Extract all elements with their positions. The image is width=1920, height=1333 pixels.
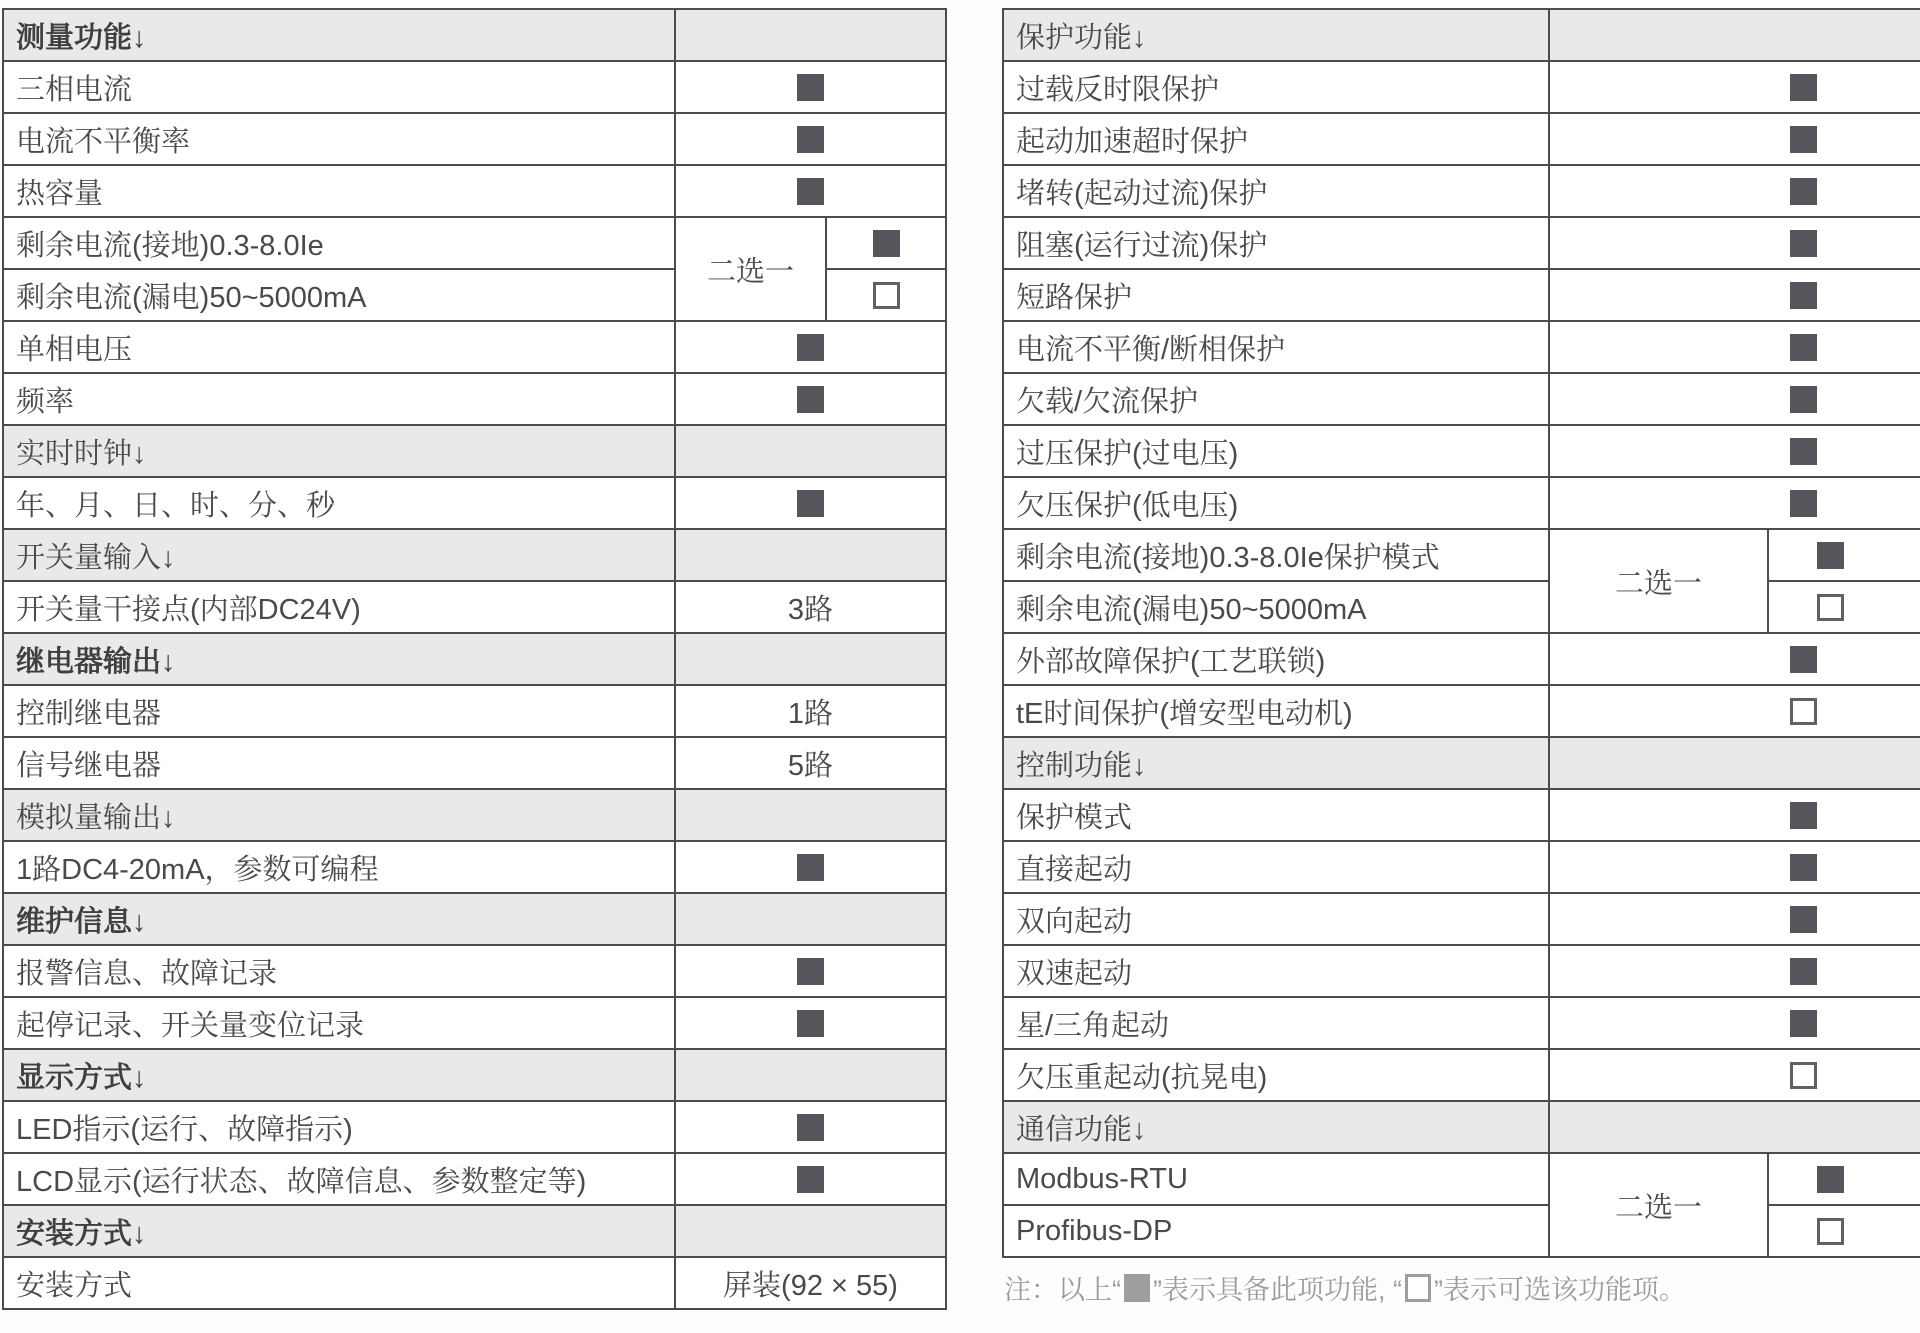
section-header-row: 开关量输入↓ (4, 528, 945, 580)
table-row: 1路DC4-20mA，参数可编程 (4, 840, 945, 892)
label-cell: 欠载/欠流保护 (1004, 374, 1550, 424)
row-value: 屏装(92 × 55) (723, 1263, 898, 1304)
label-cell: 热容量 (4, 166, 676, 216)
value-cell: 5路 (676, 738, 945, 788)
value-cell (676, 1206, 945, 1256)
table-row: 报警信息、故障记录 (4, 944, 945, 996)
label-cell: 报警信息、故障记录 (4, 946, 676, 996)
measurement-functions-table: 测量功能↓三相电流电流不平衡率热容量剩余电流(接地)0.3-8.0Ie剩余电流(… (2, 8, 947, 1310)
note-text-prefix: 注：以上“ (1004, 1268, 1121, 1307)
filled-square-icon (797, 1114, 824, 1141)
section-header-label: 通信功能↓ (1016, 1107, 1147, 1148)
section-header-row: 模拟量输出↓ (4, 788, 945, 840)
value-cell (1769, 580, 1920, 632)
filled-square-icon (1790, 334, 1817, 361)
row-label: 频率 (16, 379, 74, 420)
label-cell: 年、月、日、时、分、秒 (4, 478, 676, 528)
value-cell (827, 268, 945, 320)
filled-square-icon (797, 178, 824, 205)
value-cell (676, 10, 945, 60)
row-label: 过载反时限保护 (1016, 67, 1219, 108)
table-row: 起停记录、开关量变位记录 (4, 996, 945, 1048)
empty-square-icon (1817, 1218, 1844, 1245)
filled-square-icon (1790, 646, 1817, 673)
label-cell: 堵转(起动过流)保护 (1004, 166, 1550, 216)
filled-square-icon (1790, 1010, 1817, 1037)
note-text-suffix: ”表示可选该功能项。 (1434, 1268, 1686, 1307)
filled-square-icon (1817, 542, 1844, 569)
row-label: 过压保护(过电压) (1016, 431, 1238, 472)
choice-cell: 二选一 (676, 218, 827, 320)
value-cell (1550, 62, 1920, 112)
table-row: 信号继电器5路 (4, 736, 945, 788)
table-row: LCD显示(运行状态、故障信息、参数整定等) (4, 1152, 945, 1204)
value-cell (1550, 478, 1920, 528)
value-cell (676, 946, 945, 996)
value-cell (1550, 166, 1920, 216)
table-row: 双速起动 (1004, 944, 1920, 996)
label-cell: 短路保护 (1004, 270, 1550, 320)
section-header-label: 维护信息↓ (16, 899, 147, 940)
table-row: 堵转(起动过流)保护 (1004, 164, 1920, 216)
choice-cell: 二选一 (1550, 530, 1769, 632)
label-cell: 星/三角起动 (1004, 998, 1550, 1048)
table-row: 保护模式 (1004, 788, 1920, 840)
row-label: 星/三角起动 (1016, 1003, 1169, 1044)
label-cell: 电流不平衡/断相保护 (1004, 322, 1550, 372)
choice-cell: 二选一 (1550, 1154, 1769, 1256)
section-header-cell: 通信功能↓ (1004, 1102, 1550, 1152)
value-cell (1550, 790, 1920, 840)
choice-group: 剩余电流(接地)0.3-8.0Ie剩余电流(漏电)50~5000mA二选一 (4, 216, 945, 320)
value-cell (1550, 686, 1920, 736)
row-label: 三相电流 (16, 67, 132, 108)
row-label: 剩余电流(漏电)50~5000mA (16, 275, 367, 316)
value-cell (1550, 998, 1920, 1048)
table-row: 单相电压 (4, 320, 945, 372)
row-label: 保护模式 (1016, 795, 1132, 836)
table-row: 年、月、日、时、分、秒 (4, 476, 945, 528)
section-header-row: 维护信息↓ (4, 892, 945, 944)
value-cell (1769, 1204, 1920, 1256)
row-label: 信号继电器 (16, 743, 161, 784)
filled-square-icon (1790, 490, 1817, 517)
row-value: 5路 (788, 743, 833, 784)
value-cell (676, 634, 945, 684)
section-header-label: 保护功能↓ (1016, 15, 1147, 56)
row-label: 控制继电器 (16, 691, 161, 732)
filled-square-icon (797, 490, 824, 517)
value-cell (1550, 634, 1920, 684)
row-label: 开关量干接点(内部DC24V) (16, 587, 361, 628)
section-header-row: 继电器输出↓ (4, 632, 945, 684)
datasheet-page: { "colors": { "header_bg": "#e9e9ea", "b… (0, 0, 1920, 1333)
table-row: LED指示(运行、故障指示) (4, 1100, 945, 1152)
section-header-cell: 安装方式↓ (4, 1206, 676, 1256)
row-label: LED指示(运行、故障指示) (16, 1107, 353, 1148)
value-cell (1550, 946, 1920, 996)
table-row: 开关量干接点(内部DC24V)3路 (4, 580, 945, 632)
empty-square-icon (1790, 698, 1817, 725)
label-cell: 电流不平衡率 (4, 114, 676, 164)
row-label: tE时间保护(增安型电动机) (1016, 691, 1353, 732)
value-cell (1550, 270, 1920, 320)
choice-label-column: Modbus-RTUProfibus-DP (1004, 1154, 1550, 1256)
choice-label: 二选一 (1615, 1185, 1702, 1226)
label-cell: 安装方式 (4, 1258, 676, 1308)
filled-square-icon (1790, 802, 1817, 829)
label-cell: 阻塞(运行过流)保护 (1004, 218, 1550, 268)
table-row: 安装方式屏装(92 × 55) (4, 1256, 945, 1308)
row-label: 热容量 (16, 171, 103, 212)
section-header-label: 开关量输入↓ (16, 535, 176, 576)
choice-square-column (1769, 530, 1920, 632)
row-label: 报警信息、故障记录 (16, 951, 277, 992)
value-cell (676, 842, 945, 892)
row-label: 欠压保护(低电压) (1016, 483, 1238, 524)
value-cell (676, 374, 945, 424)
table-row: 三相电流 (4, 60, 945, 112)
section-header-cell: 实时时钟↓ (4, 426, 676, 476)
label-cell: 起停记录、开关量变位记录 (4, 998, 676, 1048)
row-label: 起停记录、开关量变位记录 (16, 1003, 364, 1044)
row-label: 欠载/欠流保护 (1016, 379, 1198, 420)
label-cell: 1路DC4-20mA，参数可编程 (4, 842, 676, 892)
label-cell: 双速起动 (1004, 946, 1550, 996)
row-label: 起动加速超时保护 (1016, 119, 1248, 160)
table-row: 剩余电流(漏电)50~5000mA (1004, 580, 1548, 632)
row-label: 双向起动 (1016, 899, 1132, 940)
label-cell: 单相电压 (4, 322, 676, 372)
table-row: 电流不平衡率 (4, 112, 945, 164)
value-cell (676, 894, 945, 944)
value-cell (1550, 114, 1920, 164)
value-cell (676, 62, 945, 112)
value-cell (1550, 374, 1920, 424)
value-cell (676, 114, 945, 164)
label-cell: 直接起动 (1004, 842, 1550, 892)
row-value: 1路 (788, 691, 833, 732)
table-row: 过载反时限保护 (1004, 60, 1920, 112)
label-cell: tE时间保护(增安型电动机) (1004, 686, 1550, 736)
value-cell (1550, 426, 1920, 476)
value-cell (676, 166, 945, 216)
label-cell: 保护模式 (1004, 790, 1550, 840)
note-text-middle: ”表示具备此项功能, “ (1153, 1268, 1402, 1307)
choice-square-column (1769, 1154, 1920, 1256)
choice-group: Modbus-RTUProfibus-DP二选一 (1004, 1152, 1920, 1256)
label-cell: 起动加速超时保护 (1004, 114, 1550, 164)
value-cell (1550, 1050, 1920, 1100)
label-cell: 开关量干接点(内部DC24V) (4, 582, 676, 632)
value-cell (676, 998, 945, 1048)
filled-square-icon (1790, 74, 1817, 101)
table-row: 热容量 (4, 164, 945, 216)
empty-square-icon (1817, 594, 1844, 621)
label-cell: 信号继电器 (4, 738, 676, 788)
section-header-row: 安装方式↓ (4, 1204, 945, 1256)
value-cell (1769, 530, 1920, 580)
choice-label: 二选一 (707, 249, 794, 290)
table-row: 剩余电流(接地)0.3-8.0Ie (4, 218, 674, 268)
section-header-row: 通信功能↓ (1004, 1100, 1920, 1152)
table-row: 电流不平衡/断相保护 (1004, 320, 1920, 372)
label-cell: 过载反时限保护 (1004, 62, 1550, 112)
label-cell: LCD显示(运行状态、故障信息、参数整定等) (4, 1154, 676, 1204)
section-header-cell: 模拟量输出↓ (4, 790, 676, 840)
row-label: LCD显示(运行状态、故障信息、参数整定等) (16, 1159, 586, 1200)
label-cell: 过压保护(过电压) (1004, 426, 1550, 476)
section-header-label: 显示方式↓ (16, 1055, 147, 1096)
value-cell: 屏装(92 × 55) (676, 1258, 945, 1308)
row-value: 3路 (788, 587, 833, 628)
table-row: 频率 (4, 372, 945, 424)
table-row: 外部故障保护(工艺联锁) (1004, 632, 1920, 684)
section-header-label: 控制功能↓ (1016, 743, 1147, 784)
section-header-row: 控制功能↓ (1004, 736, 1920, 788)
filled-square-icon (797, 74, 824, 101)
filled-square-icon (873, 230, 900, 257)
table-row: 过压保护(过电压) (1004, 424, 1920, 476)
filled-square-icon (797, 958, 824, 985)
row-label: 剩余电流(接地)0.3-8.0Ie保护模式 (1016, 535, 1440, 576)
section-header-label: 安装方式↓ (16, 1211, 147, 1252)
filled-square-icon (797, 126, 824, 153)
table-row: 星/三角起动 (1004, 996, 1920, 1048)
value-cell (827, 218, 945, 268)
section-header-cell: 测量功能↓ (4, 10, 676, 60)
section-header-cell: 开关量输入↓ (4, 530, 676, 580)
protection-functions-table: 保护功能↓过载反时限保护起动加速超时保护堵转(起动过流)保护阻塞(运行过流)保护… (1002, 8, 1920, 1258)
note-empty-square-icon (1405, 1274, 1431, 1302)
choice-group: 剩余电流(接地)0.3-8.0Ie保护模式剩余电流(漏电)50~5000mA二选… (1004, 528, 1920, 632)
table-row: 直接起动 (1004, 840, 1920, 892)
filled-square-icon (1790, 958, 1817, 985)
section-header-label: 实时时钟↓ (16, 431, 147, 472)
value-cell (676, 1102, 945, 1152)
section-header-label: 模拟量输出↓ (16, 795, 176, 836)
section-header-cell: 维护信息↓ (4, 894, 676, 944)
section-header-row: 显示方式↓ (4, 1048, 945, 1100)
section-header-cell: 控制功能↓ (1004, 738, 1550, 788)
row-label: 短路保护 (1016, 275, 1132, 316)
row-label: 单相电压 (16, 327, 132, 368)
label-cell: LED指示(运行、故障指示) (4, 1102, 676, 1152)
row-label: Profibus-DP (1016, 1215, 1172, 1248)
value-cell (1550, 894, 1920, 944)
row-label: 电流不平衡/断相保护 (1016, 327, 1285, 368)
table-row: 剩余电流(接地)0.3-8.0Ie保护模式 (1004, 530, 1548, 580)
filled-square-icon (1817, 1166, 1844, 1193)
value-cell (676, 322, 945, 372)
choice-square-column (827, 218, 945, 320)
filled-square-icon (1790, 282, 1817, 309)
filled-square-icon (797, 334, 824, 361)
note-filled-square-icon (1124, 1274, 1150, 1302)
table-row: 剩余电流(漏电)50~5000mA (4, 268, 674, 320)
table-row: 双向起动 (1004, 892, 1920, 944)
table-row: 欠压保护(低电压) (1004, 476, 1920, 528)
value-cell (676, 1154, 945, 1204)
row-label: 堵转(起动过流)保护 (1016, 171, 1267, 212)
table-row: 控制继电器1路 (4, 684, 945, 736)
row-label: 安装方式 (16, 1263, 132, 1304)
value-cell (676, 790, 945, 840)
section-header-cell: 继电器输出↓ (4, 634, 676, 684)
row-label: 1路DC4-20mA，参数可编程 (16, 847, 379, 888)
table-row: Profibus-DP (1004, 1204, 1548, 1256)
filled-square-icon (1790, 386, 1817, 413)
legend-note: 注：以上“”表示具备此项功能, “”表示可选该功能项。 (1004, 1268, 1916, 1307)
filled-square-icon (1790, 854, 1817, 881)
table-row: 阻塞(运行过流)保护 (1004, 216, 1920, 268)
empty-square-icon (873, 282, 900, 309)
empty-square-icon (1790, 1062, 1817, 1089)
row-label: 欠压重起动(抗晃电) (1016, 1055, 1267, 1096)
section-header-row: 保护功能↓ (1004, 10, 1920, 60)
section-header-row: 实时时钟↓ (4, 424, 945, 476)
choice-label: 二选一 (1615, 561, 1702, 602)
filled-square-icon (797, 386, 824, 413)
section-header-cell: 保护功能↓ (1004, 10, 1550, 60)
label-cell: 频率 (4, 374, 676, 424)
label-cell: 控制继电器 (4, 686, 676, 736)
row-label: Modbus-RTU (1016, 1163, 1188, 1196)
row-label: 年、月、日、时、分、秒 (16, 483, 335, 524)
row-label: 电流不平衡率 (16, 119, 190, 160)
value-cell (1550, 10, 1920, 60)
table-row: 起动加速超时保护 (1004, 112, 1920, 164)
section-header-cell: 显示方式↓ (4, 1050, 676, 1100)
row-label: 双速起动 (1016, 951, 1132, 992)
table-row: 欠载/欠流保护 (1004, 372, 1920, 424)
filled-square-icon (797, 1010, 824, 1037)
value-cell (1550, 842, 1920, 892)
value-cell (676, 530, 945, 580)
row-label: 阻塞(运行过流)保护 (1016, 223, 1267, 264)
value-cell (1550, 218, 1920, 268)
value-cell: 1路 (676, 686, 945, 736)
table-row: 欠压重起动(抗晃电) (1004, 1048, 1920, 1100)
row-label: 剩余电流(漏电)50~5000mA (1016, 587, 1367, 628)
value-cell (1550, 322, 1920, 372)
filled-square-icon (1790, 906, 1817, 933)
filled-square-icon (1790, 438, 1817, 465)
value-cell (676, 426, 945, 476)
choice-label-column: 剩余电流(接地)0.3-8.0Ie保护模式剩余电流(漏电)50~5000mA (1004, 530, 1550, 632)
section-header-row: 测量功能↓ (4, 10, 945, 60)
filled-square-icon (1790, 178, 1817, 205)
filled-square-icon (797, 854, 824, 881)
value-cell (1550, 738, 1920, 788)
section-header-label: 继电器输出↓ (16, 639, 176, 680)
label-cell: 欠压重起动(抗晃电) (1004, 1050, 1550, 1100)
value-cell (676, 478, 945, 528)
label-cell: 外部故障保护(工艺联锁) (1004, 634, 1550, 684)
value-cell: 3路 (676, 582, 945, 632)
value-cell (1550, 1102, 1920, 1152)
choice-label-column: 剩余电流(接地)0.3-8.0Ie剩余电流(漏电)50~5000mA (4, 218, 676, 320)
row-label: 直接起动 (1016, 847, 1132, 888)
filled-square-icon (797, 1166, 824, 1193)
row-label: 剩余电流(接地)0.3-8.0Ie (16, 223, 324, 264)
value-cell (676, 1050, 945, 1100)
table-row: 短路保护 (1004, 268, 1920, 320)
label-cell: 三相电流 (4, 62, 676, 112)
filled-square-icon (1790, 126, 1817, 153)
label-cell: 欠压保护(低电压) (1004, 478, 1550, 528)
section-header-label: 测量功能↓ (16, 15, 147, 56)
table-row: Modbus-RTU (1004, 1154, 1548, 1204)
filled-square-icon (1790, 230, 1817, 257)
label-cell: 双向起动 (1004, 894, 1550, 944)
table-row: tE时间保护(增安型电动机) (1004, 684, 1920, 736)
value-cell (1769, 1154, 1920, 1204)
row-label: 外部故障保护(工艺联锁) (1016, 639, 1325, 680)
